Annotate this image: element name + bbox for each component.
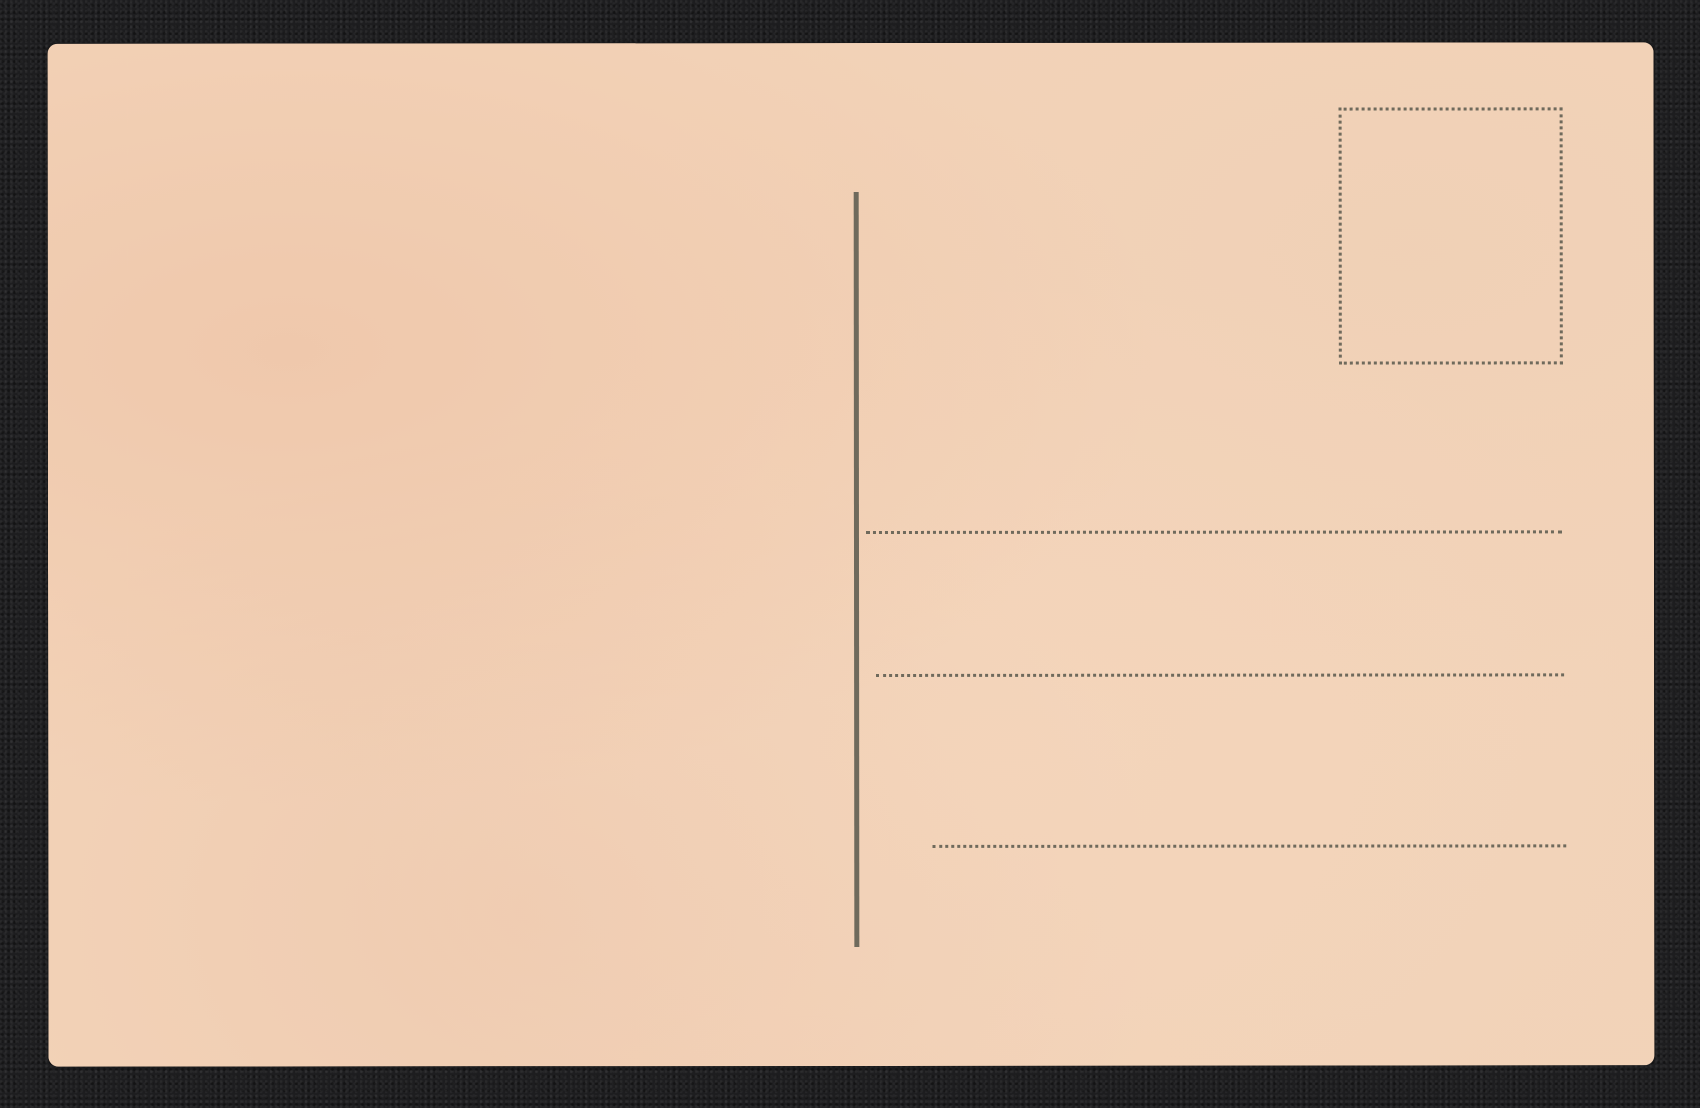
address-line-3	[932, 844, 1566, 848]
postcard-back	[48, 42, 1655, 1066]
message-area	[68, 63, 839, 1044]
address-area	[868, 382, 1568, 943]
address-line-1	[866, 530, 1562, 534]
center-divider-line	[854, 192, 860, 947]
stamp-placeholder-box	[1339, 107, 1563, 364]
textured-background	[0, 0, 1700, 1108]
address-line-2	[876, 673, 1564, 677]
